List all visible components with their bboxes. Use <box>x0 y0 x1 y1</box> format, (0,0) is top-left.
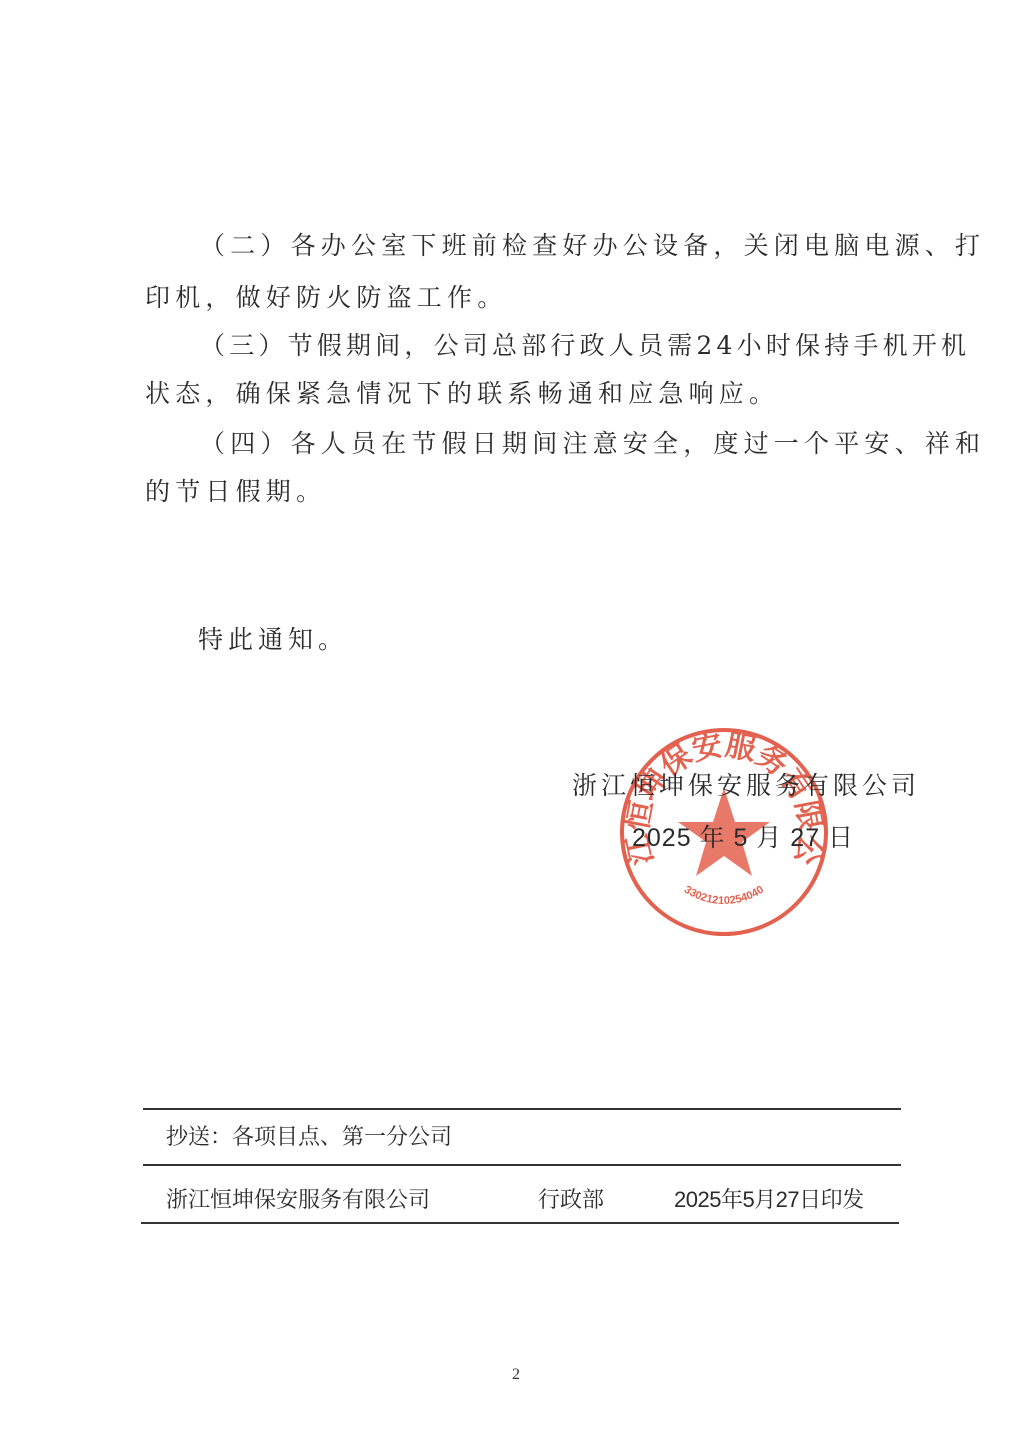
document-page: （二）各办公室下班前检查好办公设备，关闭电脑电源、打 印机，做好防火防盗工作。 … <box>0 0 1024 1449</box>
signature-date: 2025 年 5 月 27 日 <box>632 818 854 854</box>
signature-company: 浙江恒坤保安服务有限公司 <box>572 766 920 802</box>
closing-text: 特此通知。 <box>198 620 348 656</box>
issue-date: 2025年5月27日印发 <box>674 1183 864 1214</box>
footer-top-rule <box>143 1108 901 1110</box>
cc-line: 抄送：各项目点、第一分公司 <box>166 1120 452 1151</box>
footer-middle-rule <box>143 1164 901 1166</box>
paragraph-2-line-2: 印机，做好防火防盗工作。 <box>145 278 507 314</box>
paragraph-3-line-2: 状态，确保紧急情况下的联系畅通和应急响应。 <box>145 374 779 410</box>
paragraph-4-line-2: 的节日假期。 <box>145 472 326 508</box>
page-number: 2 <box>512 1366 520 1384</box>
issuing-department: 行政部 <box>538 1183 604 1214</box>
footer-bottom-rule <box>141 1222 899 1224</box>
paragraph-3-line-1: （三）节假期间，公司总部行政人员需24小时保持手机开机 <box>200 326 970 362</box>
svg-text:33021210254040: 33021210254040 <box>682 884 766 907</box>
issuer-name: 浙江恒坤保安服务有限公司 <box>166 1183 430 1214</box>
paragraph-2-line-1: （二）各办公室下班前检查好办公设备，关闭电脑电源、打 <box>200 226 985 262</box>
paragraph-4-line-1: （四）各人员在节假日期间注意安全，度过一个平安、祥和 <box>200 424 985 460</box>
